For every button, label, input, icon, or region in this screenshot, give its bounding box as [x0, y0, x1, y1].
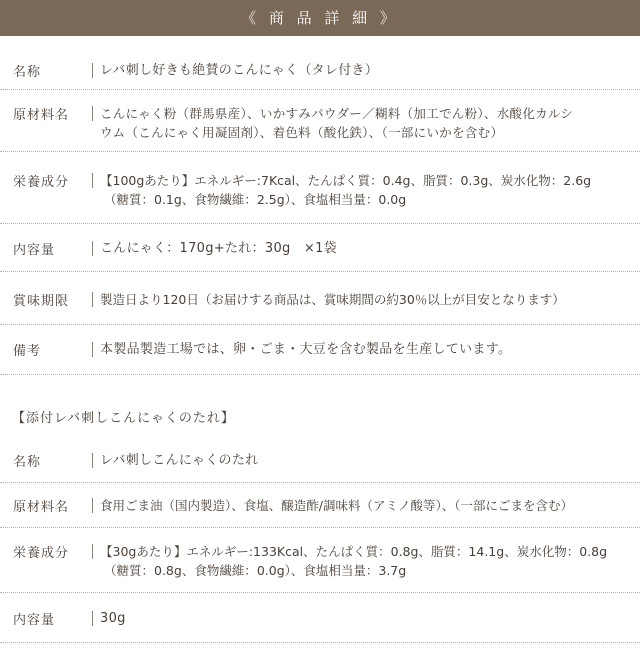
- row-expiry: 賞味期限 製造日より120日（お届けする商品は、賞味期間の約30％以上が目安とな…: [0, 272, 640, 325]
- sauce-details-table: 名称 レバ刺しこんにゃくのたれ 原材料名 食用ごま油（国内製造）、食塩、醸造酢/…: [0, 439, 640, 643]
- row-label: 内容量: [0, 609, 92, 628]
- row-value: 食用ごま油（国内製造）、食塩、醸造酢/調味料（アミノ酸等）、（一部にごまを含む）: [92, 496, 640, 515]
- row-nutrition: 栄養成分 【30gあたり】エネルギー:133Kcal、たんぱく質：0.8g、脂質…: [0, 528, 640, 593]
- row-label: 名称: [0, 61, 92, 80]
- row-value: 【30gあたり】エネルギー:133Kcal、たんぱく質：0.8g、脂質：14.1…: [92, 542, 640, 580]
- row-value: こんにゃく粉（群馬県産）、いかすみパウダー／糊料（加工でん粉）、水酸化カルシ ウ…: [92, 104, 640, 142]
- row-value: 【100gあたり】エネルギー:7Kcal、たんぱく質：0.4g、脂質：0.3g、…: [92, 171, 640, 209]
- section-title: 《 商 品 詳 細 》: [241, 9, 399, 27]
- row-label: 備考: [0, 340, 92, 359]
- row-label: 原材料名: [0, 104, 92, 123]
- row-value: 製造日より120日（お届けする商品は、賞味期間の約30％以上が目安となります）: [92, 290, 640, 309]
- row-label: 賞味期限: [0, 290, 92, 309]
- sauce-heading: 【添付レバ刺しこんにゃくのたれ】: [0, 409, 640, 439]
- row-nutrition: 栄養成分 【100gあたり】エネルギー:7Kcal、たんぱく質：0.4g、脂質：…: [0, 152, 640, 224]
- row-value: レバ刺しこんにゃくのたれ: [92, 451, 640, 470]
- row-notes: 備考 本製品製造工場では、卵・ごま・大豆を含む製品を生産しています。: [0, 325, 640, 375]
- row-label: 栄養成分: [0, 542, 92, 561]
- row-ingredients: 原材料名 こんにゃく粉（群馬県産）、いかすみパウダー／糊料（加工でん粉）、水酸化…: [0, 90, 640, 152]
- row-label: 栄養成分: [0, 171, 92, 190]
- row-name: 名称 レバ刺し好きも絶賛のこんにゃく（タレ付き）: [0, 36, 640, 90]
- row-value: こんにゃく：170g+たれ：30g ×1袋: [92, 239, 640, 258]
- row-label: 名称: [0, 451, 92, 470]
- row-value: レバ刺し好きも絶賛のこんにゃく（タレ付き）: [92, 61, 640, 80]
- section-header: 《 商 品 詳 細 》: [0, 0, 640, 36]
- row-value: 30g: [92, 609, 640, 628]
- row-contents: 内容量 30g: [0, 593, 640, 643]
- row-name: 名称 レバ刺しこんにゃくのたれ: [0, 439, 640, 483]
- row-label: 内容量: [0, 239, 92, 258]
- row-ingredients: 原材料名 食用ごま油（国内製造）、食塩、醸造酢/調味料（アミノ酸等）、（一部にご…: [0, 483, 640, 528]
- row-label: 原材料名: [0, 496, 92, 515]
- row-value: 本製品製造工場では、卵・ごま・大豆を含む製品を生産しています。: [92, 340, 640, 359]
- row-contents: 内容量 こんにゃく：170g+たれ：30g ×1袋: [0, 224, 640, 272]
- product-details-table: 名称 レバ刺し好きも絶賛のこんにゃく（タレ付き） 原材料名 こんにゃく粉（群馬県…: [0, 36, 640, 375]
